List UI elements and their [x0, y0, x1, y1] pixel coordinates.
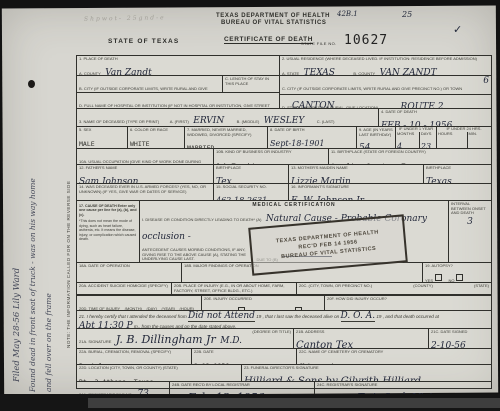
autopsy-no-label: NO [448, 278, 454, 282]
injury-state-label: (STATE) [474, 284, 489, 293]
certify-p5: , and that death occurred at [383, 314, 439, 319]
mother-label: 13. MOTHER'S MAIDEN NAME [291, 166, 421, 171]
occupation-cell: 10a. USUAL OCCUPATION (Give kind of work… [77, 149, 214, 164]
residence-state-label: a. STATE [282, 71, 299, 76]
cemetery-value: Chinquapin [299, 362, 338, 364]
row-signature: 21a. SIGNATURE (Degree or title) J. B. D… [77, 329, 491, 349]
interval-value: 3 [451, 218, 489, 227]
burial-location-value: Rt. 3 Athens, Texas [79, 378, 153, 381]
name-middle-label: b. (Middle) [237, 119, 260, 124]
autopsy-label: 19. AUTOPSY? [425, 264, 489, 269]
row-record: 14. WAS DECEASED EVER IN U.S. ARMED FORC… [77, 184, 491, 201]
place-stay-label: c. LENGTH OF STAY IN THIS PLACE [225, 77, 277, 86]
date-signed-value: 2-10-56 [431, 341, 466, 348]
burial-type-value: Burial [79, 362, 102, 364]
ssn-label: 15. SOCIAL SECURITY NO. [216, 185, 286, 190]
certificate-form: 1. PLACE OF DEATH a. COUNTY Van Zandt b.… [76, 55, 492, 389]
certify-hand3: Abt 11:30 P [79, 322, 133, 328]
autopsy-no-checkbox [456, 274, 463, 281]
mother-birthplace-cell: BIRTHPLACE Texas [424, 165, 491, 183]
father-cell: 12. FATHER'S NAME Sam Johnson [77, 165, 214, 183]
date-of-death-value: FEB - 10 - 1956 [381, 121, 452, 126]
place-title: 1. PLACE OF DEATH [79, 57, 277, 62]
sex-value: MALE [79, 140, 95, 148]
months-value: 4 [397, 142, 402, 148]
race-value: WHITE [130, 140, 150, 148]
minutes-label: Min. [469, 132, 491, 137]
injury-city-label: 20c. (CITY, TOWN, OR PRECINCT NO.) [299, 284, 372, 293]
sex-label: 5. SEX [79, 128, 125, 133]
dob-label: 8. DATE OF BIRTH [270, 128, 354, 133]
signature-label: 21a. SIGNATURE [79, 339, 111, 344]
scan-bottom-band [88, 398, 500, 408]
burial-date-cell: 22b. DATE 2-13-1956 [192, 349, 297, 364]
injury-type-label: 20a. ACCIDENT SUICIDE HOMICIDE (Specify) [79, 284, 169, 289]
industry-cell: 10b. KIND OF BUSINESS OR INDUSTRY Job Tr… [214, 149, 329, 164]
while-at-work-checkbox [238, 307, 245, 310]
father-value: Sam Johnson [79, 177, 138, 183]
dob-cell: 8. DATE OF BIRTH Sept-18-1901 [268, 127, 357, 148]
interval-label: INTERVAL BETWEEN ONSET AND DEATH [451, 202, 489, 216]
mother-cell: 13. MOTHER'S MAIDEN NAME Lizzie Marlin [289, 165, 424, 183]
armed-forces-label: 14. WAS DECEASED EVER IN U.S. ARMED FORC… [79, 185, 211, 194]
row-stats: 5. SEX MALE 6. COLOR OR RACE WHITE 7. MA… [77, 127, 491, 149]
row-burial: 22a. BURIAL, CREMATION, REMOVAL (Specify… [77, 349, 491, 365]
injury-how-label: 20f. HOW DID INJURY OCCUR? [327, 297, 489, 302]
father-bp-label: BIRTHPLACE [216, 166, 286, 171]
residence-street-value: ROUTE 2 [401, 102, 444, 108]
under24-cell: IF UNDER 24 HRS. Hours Min. [437, 127, 491, 148]
certify-hand1: Did not Attend [188, 312, 255, 322]
row-place-residence: 1. PLACE OF DEATH a. COUNTY Van Zandt b.… [77, 56, 491, 109]
reverse-side-note: NOTE: THE INFORMATION CALLED FOR ON THE … [66, 181, 71, 348]
informant-label: 16. INFORMANT'S SIGNATURE [291, 185, 489, 190]
name-middle-value: WESLEY [264, 116, 304, 126]
autopsy-yes-checkbox [435, 274, 442, 281]
industry-label: 10b. KIND OF BUSINESS OR INDUSTRY [216, 150, 326, 155]
birthplace-value: Angelina County - Texas [331, 162, 421, 164]
burial-location-cell: 22d. LOCATION (City, town, or county) (S… [77, 365, 242, 381]
injury-county-label: (COUNTY) [413, 284, 433, 293]
marital-cell: 7. MARRIED, NEVER MARRIED, WIDOWED, DIVO… [185, 127, 268, 148]
place-hospital-label: d. FULL NAME OF HOSPITAL OR INSTITUTION … [79, 103, 270, 108]
mother-bp-value: Texas [426, 177, 452, 183]
father-birthplace-cell: BIRTHPLACE Tex [214, 165, 289, 183]
ink-blot [28, 80, 35, 88]
injury-occurred-label: 20e. INJURY OCCURRED [204, 297, 322, 302]
father-label: 12. FATHER'S NAME [79, 166, 211, 171]
burial-type-cell: 22a. BURIAL, CREMATION, REMOVAL (Specify… [77, 349, 192, 364]
autopsy-cell: 19. AUTOPSY? YES NO [423, 263, 491, 282]
dob-value: Sept-18-1901 [270, 139, 325, 148]
registrar-date-label: 24b. DATE REC'D BY LOCAL REGISTRAR [172, 383, 312, 388]
injury-day-label: (Day) [146, 306, 157, 310]
margin-handwriting-line1: Filed May 28-56 Lily Ward [12, 268, 22, 382]
degree-label: (Degree or title) [252, 330, 291, 335]
marital-label: 7. MARRIED, NEVER MARRIED, WIDOWED, DIVO… [187, 128, 265, 137]
burial-type-label: 22a. BURIAL, CREMATION, REMOVAL (Specify… [79, 350, 189, 355]
age-value: 54 [359, 143, 370, 148]
margin-handwriting-line3: and fell over on the frame [44, 293, 53, 392]
residence-title: 2. USUAL RESIDENCE (Where deceased lived… [282, 57, 489, 62]
birthplace-cell: 11. BIRTHPLACE (State or foreign country… [329, 149, 491, 164]
days-label: Days [421, 132, 435, 137]
armed-forces-cell: 14. WAS DECEASED EVER IN U.S. ARMED FORC… [77, 184, 214, 200]
name-last-label: c. (Last) [317, 119, 335, 124]
operation-date-cell: 18a. DATE OF OPERATION [77, 263, 182, 282]
place-city-label: b. CITY (If outside corporate limits, wr… [79, 86, 208, 92]
days-value: 23 [421, 142, 431, 148]
registrar-signature-label: 24c. REGISTRAR'S SIGNATURE [317, 383, 489, 388]
under1-cell: IF UNDER 1 YEAR Months 4 Days 23 [396, 127, 437, 148]
name-label: 3. NAME OF DECEASED (Type or Print) [79, 119, 159, 124]
residence-street-label: d. STREET ADDRESS (If rural, give locati… [282, 105, 378, 108]
certify-p1: 21. I hereby certify that I attended the… [79, 314, 187, 319]
sex-cell: 5. SEX MALE [77, 127, 128, 148]
row-parents: 12. FATHER'S NAME Sam Johnson BIRTHPLACE… [77, 165, 491, 184]
age-label: 9. AGE (In years last birthday) [359, 128, 393, 137]
scanned-death-certificate: Filed May 28-56 Lily Ward Found dead in … [0, 0, 500, 411]
residence-county-label: b. COUNTY [353, 71, 375, 76]
residence-city-extra: 6 [483, 77, 489, 93]
informant-value: E. W. Johnson Jr [291, 196, 364, 200]
checkmark: ✓ [453, 23, 462, 36]
residence-city-label: c. CITY (If outside corporate limits, wr… [282, 86, 462, 91]
race-label: 6. COLOR OR RACE [130, 128, 182, 133]
race-cell: 6. COLOR OR RACE WHITE [128, 127, 185, 148]
certify-p3: , that I last saw the deceased alive on [263, 314, 340, 319]
injury-month-label: (Month) [125, 306, 142, 310]
date-of-death-label: 4. DATE OF DEATH [381, 110, 489, 115]
row-location: 22d. LOCATION (City, town, or county) (S… [77, 365, 491, 382]
cause-sidebar-note: *This does not mean the mode of dying, s… [79, 219, 137, 241]
ssn-value: 462-18-2631 [216, 196, 267, 200]
state-file-label: STATE FILE NO. [301, 41, 337, 46]
disease-label: I. DISEASE OR CONDITION DIRECTLY LEADING… [142, 217, 261, 222]
certify-p2: 19 [256, 314, 261, 319]
name-first-label: a. (First) [170, 119, 189, 124]
marital-value: MARRIED [187, 144, 214, 148]
department-title: TEXAS DEPARTMENT OF HEALTH [216, 13, 330, 19]
cemetery-label: 22c. NAME OF CEMETERY OR CREMATORY [299, 350, 489, 355]
not-while-at-work-checkbox [295, 307, 302, 310]
certify-cell: 21. I hereby certify that I attended the… [77, 311, 491, 328]
certify-hand2: D. O. A. [341, 312, 376, 322]
industry-value: Job Trucking [216, 162, 263, 164]
state-file-number: 10627 [344, 33, 388, 48]
physician-signature: J. B. Dillingham Jr [116, 333, 216, 346]
hand-code: 42B.1 [337, 10, 358, 18]
injury-place-label: 20b. PLACE OF INJURY (e.g., in or about … [174, 284, 294, 293]
hand-number: 25 [402, 10, 412, 19]
operation-date-label: 18a. DATE OF OPERATION [79, 264, 179, 269]
name-of-deceased-cell: 3. NAME OF DECEASED (Type or Print) a. (… [77, 109, 379, 126]
physician-signature-cell: 21a. SIGNATURE (Degree or title) J. B. D… [77, 329, 294, 348]
physician-md: M.D. [220, 336, 242, 346]
mother-bp-label: BIRTHPLACE [426, 166, 489, 171]
age-cell: 9. AGE (In years last birthday) 54 [357, 127, 396, 148]
date-signed-label: 21c. DATE SIGNED [431, 330, 489, 335]
row-name: 3. NAME OF DECEASED (Type or Print) a. (… [77, 109, 491, 127]
certify-p6: m., from the causes and on the date stat… [134, 324, 236, 328]
burial-location-label: 22d. LOCATION (City, town, or county) (S… [79, 366, 239, 371]
cause-of-death-sidebar: 17. CAUSE OF DEATH Enter only one cause … [77, 201, 140, 262]
physician-address-cell: 21b. ADDRESS Canton Tex [294, 329, 429, 348]
burial-date-value: 2-13-1956 [194, 362, 229, 364]
funeral-director-cell: 23. FUNERAL DIRECTOR'S SIGNATURE Hilliar… [242, 365, 491, 381]
name-first-value: ERVIN [193, 116, 224, 126]
injury-year-label: (Year) [161, 306, 175, 310]
cause-sidebar-label: 17. CAUSE OF DEATH Enter only one cause … [79, 204, 137, 217]
months-label: Months [397, 132, 418, 137]
antecedent-label: ANTECEDENT CAUSES Morbid conditions, if … [142, 248, 252, 262]
occupation-label: 10a. USUAL OCCUPATION (Give kind of work… [79, 159, 201, 164]
father-bp-value: Tex [216, 177, 232, 183]
date-of-death-cell: 4. DATE OF DEATH FEB - 10 - 1956 [379, 109, 491, 126]
certify-p4: 19 [376, 314, 381, 319]
place-of-death-section: 1. PLACE OF DEATH a. COUNTY Van Zandt b.… [77, 56, 280, 108]
injury-place-cell: 20b. PLACE OF INJURY (e.g., in or about … [172, 283, 297, 294]
interval-cell: INTERVAL BETWEEN ONSET AND DEATH 3 [449, 201, 491, 262]
injury-occurred-cell: 20e. INJURY OCCURRED WHILE AT WORK NOT W… [202, 296, 325, 310]
mother-value: Lizzie Marlin [291, 177, 351, 183]
injury-city-cell: 20c. (CITY, TOWN, OR PRECINCT NO.) (COUN… [297, 283, 491, 294]
informant-cell: 16. INFORMANT'S SIGNATURE E. W. Johnson … [289, 184, 491, 200]
state-of-texas: STATE OF TEXAS [108, 38, 179, 45]
bureau-title: BUREAU OF VITAL STATISTICS [221, 20, 327, 26]
funeral-director-signature: Hilliard & Sons by Gilvrith Hilliard [244, 376, 421, 381]
certificate-of-death-title: CERTIFICATE OF DEATH [224, 36, 313, 44]
physician-address: Canton Tex [296, 340, 353, 348]
hours-label: Hours [438, 132, 466, 137]
injury-hour-label: (Hour) [180, 306, 194, 310]
usual-residence-section: 2. USUAL RESIDENCE (Where deceased lived… [280, 56, 491, 108]
autopsy-yes-label: YES [425, 278, 433, 282]
cemetery-cell: 22c. NAME OF CEMETERY OR CREMATORY Chinq… [297, 349, 491, 364]
funeral-director-label: 23. FUNERAL DIRECTOR'S SIGNATURE [244, 366, 489, 371]
injury-time-label: 20d. TIME OF INJURY [79, 306, 120, 310]
row-occupation: 10a. USUAL OCCUPATION (Give kind of work… [77, 149, 491, 165]
injury-how-cell: 20f. HOW DID INJURY OCCUR? [325, 296, 491, 310]
burial-date-label: 22b. DATE [194, 350, 294, 355]
injury-type-cell: 20a. ACCIDENT SUICIDE HOMICIDE (Specify) [77, 283, 172, 294]
margin-handwriting-line2: Found dead in front seat of truck - was … [28, 178, 37, 392]
row-certify: 21. I hereby certify that I attended the… [77, 311, 491, 329]
address-label: 21b. ADDRESS [296, 330, 426, 335]
place-county-label: a. COUNTY [79, 71, 101, 76]
ssn-cell: 15. SOCIAL SECURITY NO. 462-18-2631 [214, 184, 289, 200]
date-signed-cell: 21c. DATE SIGNED 2-10-56 [429, 329, 491, 348]
birthplace-label: 11. BIRTHPLACE (State or foreign country… [331, 150, 489, 155]
injury-time-cell: 20d. TIME OF INJURY (Month) (Day) (Year)… [77, 296, 202, 310]
pencil-notation: Shpwot- 25gnd-e [84, 14, 166, 22]
row-injury: 20a. ACCIDENT SUICIDE HOMICIDE (Specify)… [77, 283, 491, 311]
